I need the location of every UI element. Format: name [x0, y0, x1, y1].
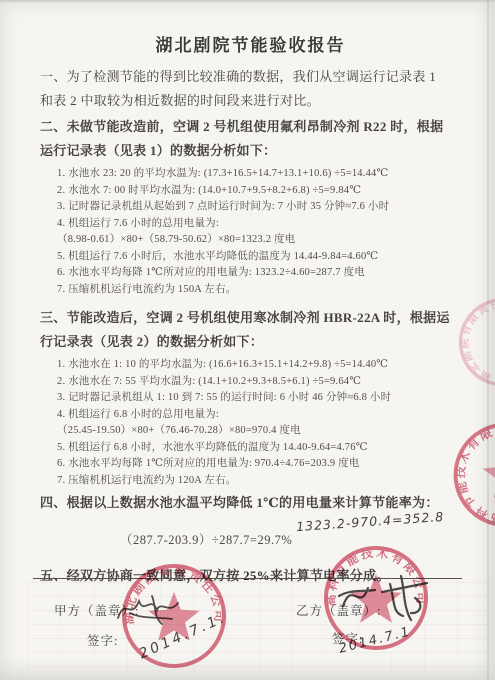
scan-edge-top — [0, 0, 495, 3]
paragraph-one-line1: 一、为了检测节能的得到比较准确的数据，我们从空调运行记录表 1 — [40, 65, 461, 89]
list-item: 4. 机组运行 6.8 小时的总用电量为: — [57, 407, 461, 424]
section-five-percent: 25% — [243, 568, 270, 583]
list-item: 2. 水池水在 7: 55 平均水温为: (14.1+10.2+9.3+8.5+… — [57, 374, 461, 391]
section-three-heading-line1: 三、节能改造后，空调 2 号机组使用寒冰制冷剂 HBR-22A 时，根据运 — [40, 306, 461, 330]
list-item: 1. 水池水在 1: 10 的平均水温为: (16.6+16.3+15.1+14… — [57, 357, 461, 374]
section-three-items: 1. 水池水在 1: 10 的平均水温为: (16.6+16.3+15.1+14… — [40, 357, 461, 489]
list-item: 6. 水池水平均每降 1℃所对应的用电量为: 1323.2÷4.60=287.7… — [57, 265, 461, 282]
list-item: 3. 记时器记录机组从起始到 7 点时运行时间为: 7 小时 35 分钟≈7.6… — [57, 199, 461, 216]
paragraph-one-line2: 和表 2 中取较为相近数据的时间段来进行对比。 — [40, 89, 461, 113]
list-item: 7. 压缩机机运行电流约为 120A 左右。 — [57, 473, 461, 490]
seal-a-star-icon — [148, 592, 199, 641]
list-item: 4. 机组运行 7.6 小时的总用电量为: — [57, 216, 461, 233]
list-item: 6. 水池水平均每降 1℃所对应的用电量为: 970.4÷4.76=203.9 … — [57, 456, 461, 473]
list-item: 3. 记时器记录机组从 1: 10 到 7: 55 的运行时间: 6 小时 46… — [57, 390, 461, 407]
section-two-items: 1. 水池水 23: 20 的平均水温为: (17.3+16.5+14.7+13… — [40, 166, 461, 298]
list-item: 5. 机组运行 6.8 小时，水池水平均降低的温度为 14.40-9.64=4.… — [57, 440, 461, 457]
list-item-formula: （25.45-19.50）×80+（76.46-70.28）×80=970.4 … — [57, 423, 461, 440]
section-two-heading-line2: 运行记录表（见表 1）的数据分析如下： — [40, 139, 461, 163]
section-three-heading-line2: 行记录表（见表 2）的数据分析如下： — [40, 330, 461, 354]
company-seal-party-a: 湖北剧院有限责任公司 — [109, 551, 239, 680]
list-item-formula: （8.98-0.61）×80+（58.79-50.62）×80=1323.2 度… — [57, 232, 461, 249]
section-two-heading-line1: 二、未做节能改造前，空调 2 号机组使用氟利昂制冷剂 R22 时，根据 — [40, 115, 461, 139]
edge-seal-bottom-star-icon — [476, 444, 495, 506]
report-body: 湖北剧院节能验收报告 一、为了检测节能的得到比较准确的数据，我们从空调运行记录表… — [40, 33, 461, 588]
list-item: 2. 水池水 7: 00 时平均水温为: (14.0+10.7+9.5+8.2+… — [57, 183, 461, 200]
list-item: 1. 水池水 23: 20 的平均水温为: (17.3+16.5+14.7+13… — [57, 166, 461, 183]
scanned-report-page: 湖北剧院节能验收报告 一、为了检测节能的得到比较准确的数据，我们从空调运行记录表… — [0, 0, 495, 680]
company-seal-party-b: 高科节能技术有限公司 — [311, 533, 441, 668]
list-item: 7. 压缩机机运行电流约为 150A 左右。 — [57, 282, 461, 299]
list-item: 5. 机组运行 7.6 小时后，水池水平均降低的温度为 14.44-9.84=4… — [57, 249, 461, 266]
seal-b-star-icon — [350, 574, 401, 623]
report-title: 湖北剧院节能验收报告 — [40, 33, 461, 59]
